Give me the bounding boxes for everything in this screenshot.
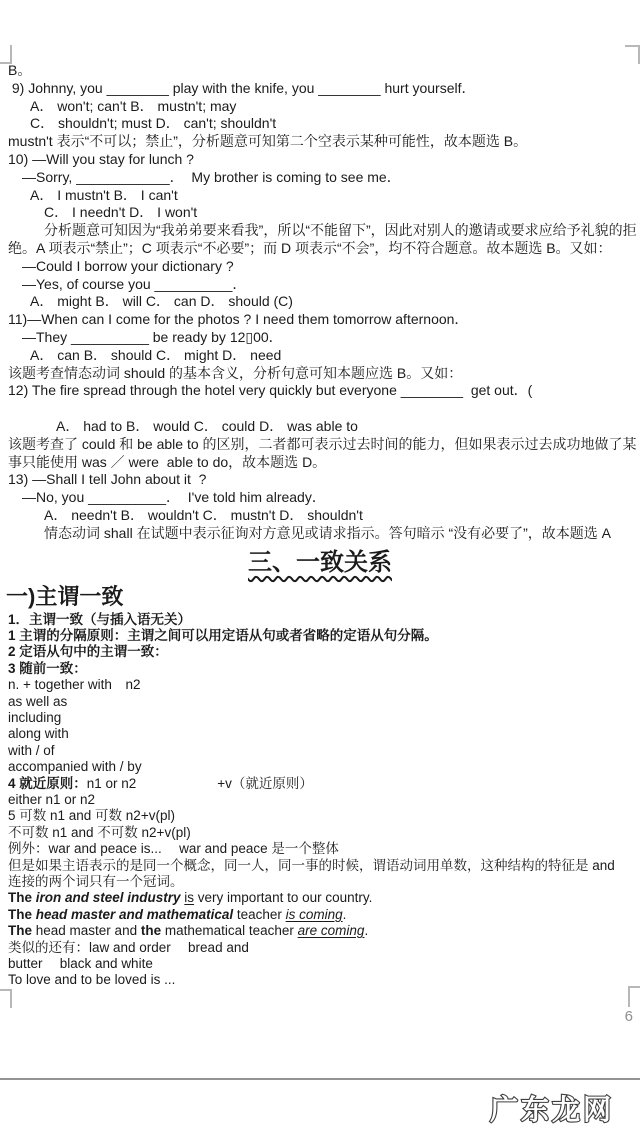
text-segment: . bbox=[343, 907, 347, 922]
modal-verb-exercises-block: B。 9) Johnny, you ________ play with the… bbox=[0, 62, 640, 543]
list-line: including bbox=[0, 710, 640, 726]
site-watermark: 广东龙网 bbox=[490, 1088, 614, 1128]
blank-line bbox=[0, 400, 640, 418]
text-segment: The bbox=[8, 923, 36, 938]
exercise-line: 12) The fire spread through the hotel ve… bbox=[0, 382, 640, 400]
list-line: n. + together with n2 bbox=[0, 677, 640, 693]
list-line: with / of bbox=[0, 743, 640, 759]
footer-divider-line bbox=[0, 1078, 640, 1080]
page-number: 6 bbox=[625, 1008, 633, 1025]
text-segment: The bbox=[8, 890, 36, 905]
list-line: accompanied with / by bbox=[0, 759, 640, 775]
exercise-line: 该题考查了 could 和 be able to 的区别，二者都可表示过去时间的… bbox=[0, 436, 640, 454]
exercise-line: —Yes, of course you __________． bbox=[0, 276, 640, 294]
list-line: The iron and steel industry is very impo… bbox=[0, 890, 640, 906]
text-segment: iron and steel industry bbox=[36, 890, 185, 905]
text-segment: the bbox=[141, 923, 161, 938]
exercise-line: —No, you __________． I've told him alrea… bbox=[0, 489, 640, 507]
exercise-line: 分析题意可知因为“我弟弟要来看我”，所以“不能留下”，因此对别人的邀请或要求应给… bbox=[0, 222, 640, 240]
list-line: 4 就近原则：n1 or n2 +v（就近原则） bbox=[0, 776, 640, 792]
exercise-line: B。 bbox=[0, 62, 640, 80]
scan-corner-mark-bottom-left bbox=[0, 989, 12, 1008]
text-segment: is coming bbox=[286, 907, 343, 922]
list-line: either n1 or n2 bbox=[0, 792, 640, 808]
list-line: 2 定语从句中的主谓一致： bbox=[0, 644, 640, 660]
text-segment: mathematical teacher bbox=[161, 923, 298, 938]
list-line: along with bbox=[0, 726, 640, 742]
subject-verb-agreement-block: 1．主谓一致（与插入语无关）1 主谓的分隔原则：主谓之间可以用定语从句或者省略的… bbox=[0, 612, 640, 989]
list-line: The head master and mathematical teacher… bbox=[0, 907, 640, 923]
text-segment: n1 or n2 +v（就近原则） bbox=[87, 776, 313, 791]
list-line: 类似的还有：law and order bread and bbox=[0, 940, 640, 956]
exercise-line: 11)—When can I come for the photos ? I n… bbox=[0, 311, 640, 329]
exercise-line: 情态动词 shall 在试题中表示征询对方意见或请求指示。答句暗示 “没有必要了… bbox=[0, 525, 640, 543]
section-heading-text: 三、一致关系 bbox=[248, 549, 392, 576]
exercise-line: A． might B． will C． can D． should (C) bbox=[0, 293, 640, 311]
list-line: 例外：war and peace is... war and peace 是一个… bbox=[0, 841, 640, 857]
exercise-line: 13) —Shall I tell John about it ? bbox=[0, 471, 640, 489]
exercise-line: A． won't; can't B． mustn't; may bbox=[0, 98, 640, 116]
list-line: 不可数 n1 and 不可数 n2+v(pl) bbox=[0, 825, 640, 841]
scan-corner-mark-bottom-right bbox=[628, 986, 640, 1007]
list-line: 但是如果主语表示的是同一个概念，同一人，同一事的时候，谓语动词用单数，这种结构的… bbox=[0, 858, 640, 874]
exercise-line: —They __________ be ready by 12▯00． bbox=[0, 329, 640, 347]
list-line: as well as bbox=[0, 694, 640, 710]
exercise-line: 事只能使用 was ／ were able to do，故本题选 D。 bbox=[0, 454, 640, 472]
exercise-line: C． shouldn't; must D． can't; shouldn't bbox=[0, 115, 640, 133]
list-line: 3 随前一致： bbox=[0, 661, 640, 677]
text-segment: head master and mathematical bbox=[36, 907, 237, 922]
list-line: butter black and white bbox=[0, 956, 640, 972]
exercise-line: A． can B． should C． might D． need bbox=[0, 347, 640, 365]
text-segment: is bbox=[184, 890, 194, 905]
exercise-line: 该题考查情态动词 should 的基本含义，分析句意可知本题应选 B。又如： bbox=[0, 365, 640, 383]
exercise-line: 10) —Will you stay for lunch ? bbox=[0, 151, 640, 169]
text-segment: very important to our country. bbox=[194, 890, 372, 905]
section-heading: 三、一致关系 bbox=[0, 545, 640, 581]
exercise-line: —Could I borrow your dictionary ? bbox=[0, 258, 640, 276]
list-line: 5 可数 n1 and 可数 n2+v(pl) bbox=[0, 808, 640, 824]
list-line: 连接的两个词只有一个冠词。 bbox=[0, 874, 640, 890]
scanned-document-page: B。 9) Johnny, you ________ play with the… bbox=[0, 0, 640, 1137]
exercise-line: C． I needn't D． I won't bbox=[0, 204, 640, 222]
list-line: To love and to be loved is ... bbox=[0, 972, 640, 988]
list-line: 1 主谓的分隔原则：主谓之间可以用定语从句或者省略的定语从句分隔。 bbox=[0, 628, 640, 644]
exercise-line: —Sorry, ____________． My brother is comi… bbox=[0, 169, 640, 187]
exercise-line: A． needn't B． wouldn't C． mustn't D． sho… bbox=[0, 507, 640, 525]
list-line: The head master and the mathematical tea… bbox=[0, 923, 640, 939]
subsection-heading: 一)主谓一致 bbox=[0, 581, 640, 612]
text-segment: 4 就近原则： bbox=[8, 776, 87, 791]
document-content: B。 9) Johnny, you ________ play with the… bbox=[0, 62, 640, 989]
text-segment: The bbox=[8, 907, 36, 922]
text-segment: head master and bbox=[36, 923, 141, 938]
text-segment: teacher bbox=[237, 907, 286, 922]
exercise-line: A． had to B． would C． could D． was able … bbox=[0, 418, 640, 436]
exercise-line: 绝。A 项表示“禁止”；C 项表示“不必要”；而 D 项表示“不会”，均不符合题… bbox=[0, 240, 640, 258]
exercise-line: 9) Johnny, you ________ play with the kn… bbox=[0, 80, 640, 98]
exercise-line: mustn't 表示“不可以；禁止”，分析题意可知第二个空表示某种可能性，故本题… bbox=[0, 133, 640, 151]
exercise-line: A． I mustn't B． I can't bbox=[0, 187, 640, 205]
text-segment: are coming bbox=[298, 923, 365, 938]
text-segment: . bbox=[364, 923, 368, 938]
list-line: 1．主谓一致（与插入语无关） bbox=[0, 612, 640, 628]
